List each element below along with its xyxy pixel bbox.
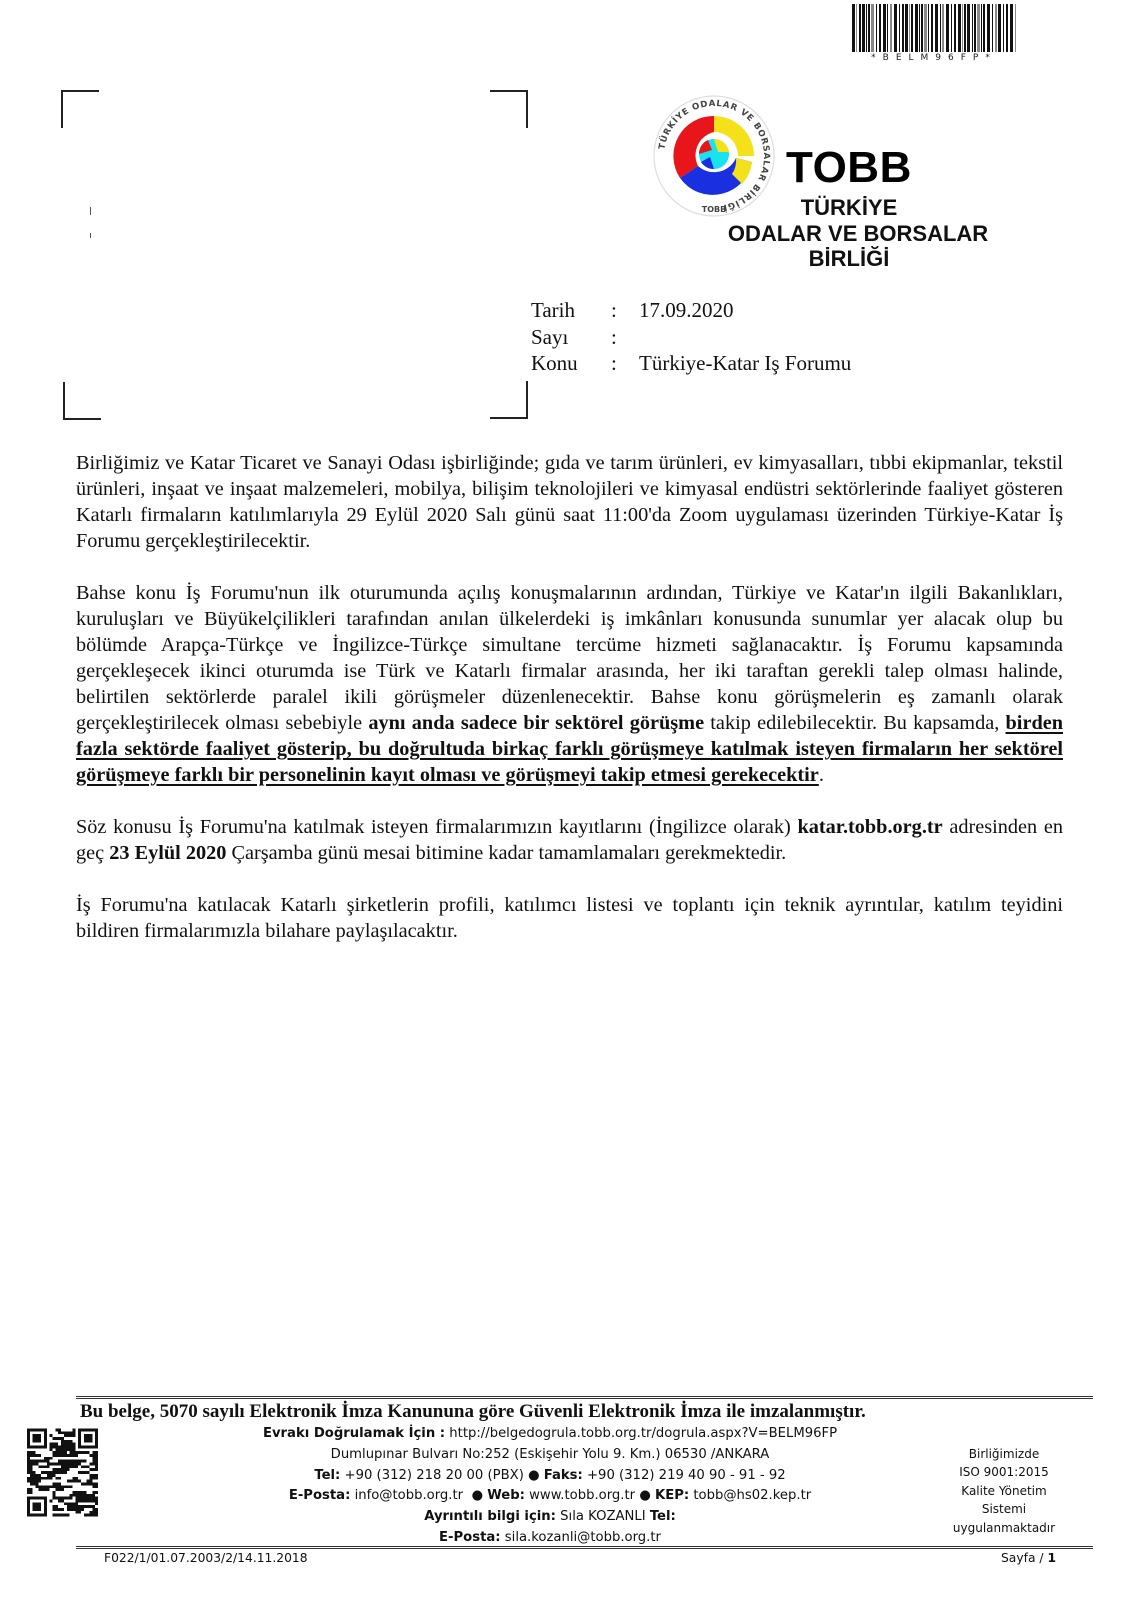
tobb-emblem-icon: TÜRKİYE ODALAR VE BORSALAR BİRLİĞİ TOBB xyxy=(652,94,776,218)
footer-divider xyxy=(76,1396,1093,1399)
tel-value: +90 (312) 218 20 00 (PBX) xyxy=(345,1468,524,1483)
tel-label: Tel: xyxy=(314,1468,340,1483)
contact-email-label: E-Posta: xyxy=(439,1530,501,1545)
bullet-icon: ● xyxy=(528,1468,540,1483)
meta-separator: : xyxy=(611,350,639,377)
logo-subtitle-line1: TÜRKİYE xyxy=(784,196,914,220)
email-label: E-Posta: xyxy=(289,1488,351,1503)
esignature-notice: Bu belge, 5070 sayılı Elektronik İmza Ka… xyxy=(80,1400,866,1424)
paragraph-closing: İş Forumu'na katılacak Katarlı şirketler… xyxy=(76,892,1063,944)
meta-subject-row: Konu : Türkiye-Katar Iş Forumu xyxy=(531,350,851,377)
address-window-corner-top-left xyxy=(61,90,99,128)
bullet-icon: ● xyxy=(471,1488,483,1503)
paragraph-program-text: takip edilebilecektir. Bu kapsamda, xyxy=(704,712,1005,734)
meta-separator: : xyxy=(611,324,639,351)
phone-line: Tel: +90 (312) 218 20 00 (PBX) ● Faks: +… xyxy=(230,1466,870,1487)
document-meta: Tarih : 17.09.2020 Sayı : Konu : Türkiye… xyxy=(531,297,851,377)
iso-line: Kalite Yönetim xyxy=(940,1482,1068,1500)
contact-tel-label: Tel: xyxy=(650,1509,676,1524)
svg-text:TOBB: TOBB xyxy=(702,205,726,214)
form-code: F022/1/01.07.2003/2/14.11.2018 xyxy=(104,1551,308,1565)
iso-certification-note: Birliğimizde ISO 9001:2015 Kalite Yöneti… xyxy=(940,1445,1068,1537)
contact-email-link[interactable]: sila.kozanli@tobb.org.tr xyxy=(505,1530,661,1545)
iso-line: Birliğimizde xyxy=(940,1445,1068,1463)
paragraph-intro: Birliğimiz ve Katar Ticaret ve Sanayi Od… xyxy=(76,450,1063,554)
address-window-mark xyxy=(90,207,91,215)
registration-link[interactable]: katar.tobb.org.tr xyxy=(797,816,942,838)
fax-label: Faks: xyxy=(544,1468,583,1483)
iso-line: uygulanmaktadır xyxy=(940,1519,1068,1537)
verify-label: Evrakı Doğrulamak İçin : xyxy=(263,1426,445,1441)
meta-date-row: Tarih : 17.09.2020 xyxy=(531,297,851,324)
paragraph-registration-text: Çarşamba günü mesai bitimine kadar tamam… xyxy=(226,842,786,864)
email-link[interactable]: info@tobb.org.tr xyxy=(355,1488,464,1503)
paragraph-registration-text: Söz konusu İş Forumu'na katılmak isteyen… xyxy=(76,816,797,838)
paragraph-program-text: . xyxy=(819,764,824,786)
footer-bottom-divider xyxy=(76,1546,1093,1549)
paragraph-program: Bahse konu İş Forumu'nun ilk oturumunda … xyxy=(76,580,1063,788)
email-web-line: E-Posta: info@tobb.org.tr ● Web: www.tob… xyxy=(230,1486,870,1507)
address-line: Dumlupınar Bulvarı No:252 (Eskişehir Yol… xyxy=(230,1445,870,1466)
page-number: 1 xyxy=(1047,1551,1056,1565)
meta-number-row: Sayı : xyxy=(531,324,851,351)
verify-url[interactable]: http://belgedogrula.tobb.org.tr/dogrula.… xyxy=(449,1426,837,1441)
contact-name: Sıla KOZANLI xyxy=(560,1509,645,1524)
meta-number-label: Sayı xyxy=(531,324,611,351)
kep-label: KEP: xyxy=(655,1488,689,1503)
page-label: Sayfa / xyxy=(1001,1551,1044,1565)
address-window-mark xyxy=(90,233,91,238)
address-window-corner-bottom-left xyxy=(63,382,101,420)
meta-subject-value: Türkiye-Katar Iş Forumu xyxy=(639,350,851,377)
iso-line: Sistemi xyxy=(940,1500,1068,1518)
paragraph-registration: Söz konusu İş Forumu'na katılmak isteyen… xyxy=(76,814,1063,866)
meta-subject-label: Konu xyxy=(531,350,611,377)
address-window-corner-top-right xyxy=(490,90,528,128)
contact-label: Ayrıntılı bilgi için: xyxy=(424,1509,556,1524)
emphasis-bold: aynı anda sadece bir sektörel görüşme xyxy=(368,712,704,734)
meta-date-value: 17.09.2020 xyxy=(639,297,734,324)
verify-line: Evrakı Doğrulamak İçin : http://belgedog… xyxy=(230,1424,870,1445)
logo-subtitle-line2: ODALAR VE BORSALAR xyxy=(718,222,998,246)
meta-date-label: Tarih xyxy=(531,297,611,324)
page-indicator: Sayfa / 1 xyxy=(1001,1551,1056,1565)
address-window-corner-bottom-right xyxy=(490,381,528,419)
footer-contact: Evrakı Doğrulamak İçin : http://belgedog… xyxy=(230,1424,870,1549)
barcode xyxy=(852,4,1016,52)
meta-separator: : xyxy=(611,297,639,324)
contact-person-line: Ayrıntılı bilgi için: Sıla KOZANLI Tel: xyxy=(230,1507,870,1528)
web-label: Web: xyxy=(487,1488,525,1503)
logo-title: TOBB xyxy=(786,144,912,192)
logo-subtitle-line3: BİRLİĞİ xyxy=(784,247,914,271)
iso-line: ISO 9001:2015 xyxy=(940,1463,1068,1481)
bullet-icon: ● xyxy=(639,1488,651,1503)
letter-body: Birliğimiz ve Katar Ticaret ve Sanayi Od… xyxy=(76,450,1063,970)
kep-link[interactable]: tobb@hs02.kep.tr xyxy=(693,1488,811,1503)
barcode-text: *BELM96FP* xyxy=(852,53,1016,63)
web-link[interactable]: www.tobb.org.tr xyxy=(529,1488,635,1503)
fax-value: +90 (312) 219 40 90 - 91 - 92 xyxy=(587,1468,786,1483)
qr-code-icon xyxy=(27,1428,98,1517)
registration-deadline: 23 Eylül 2020 xyxy=(109,842,226,864)
